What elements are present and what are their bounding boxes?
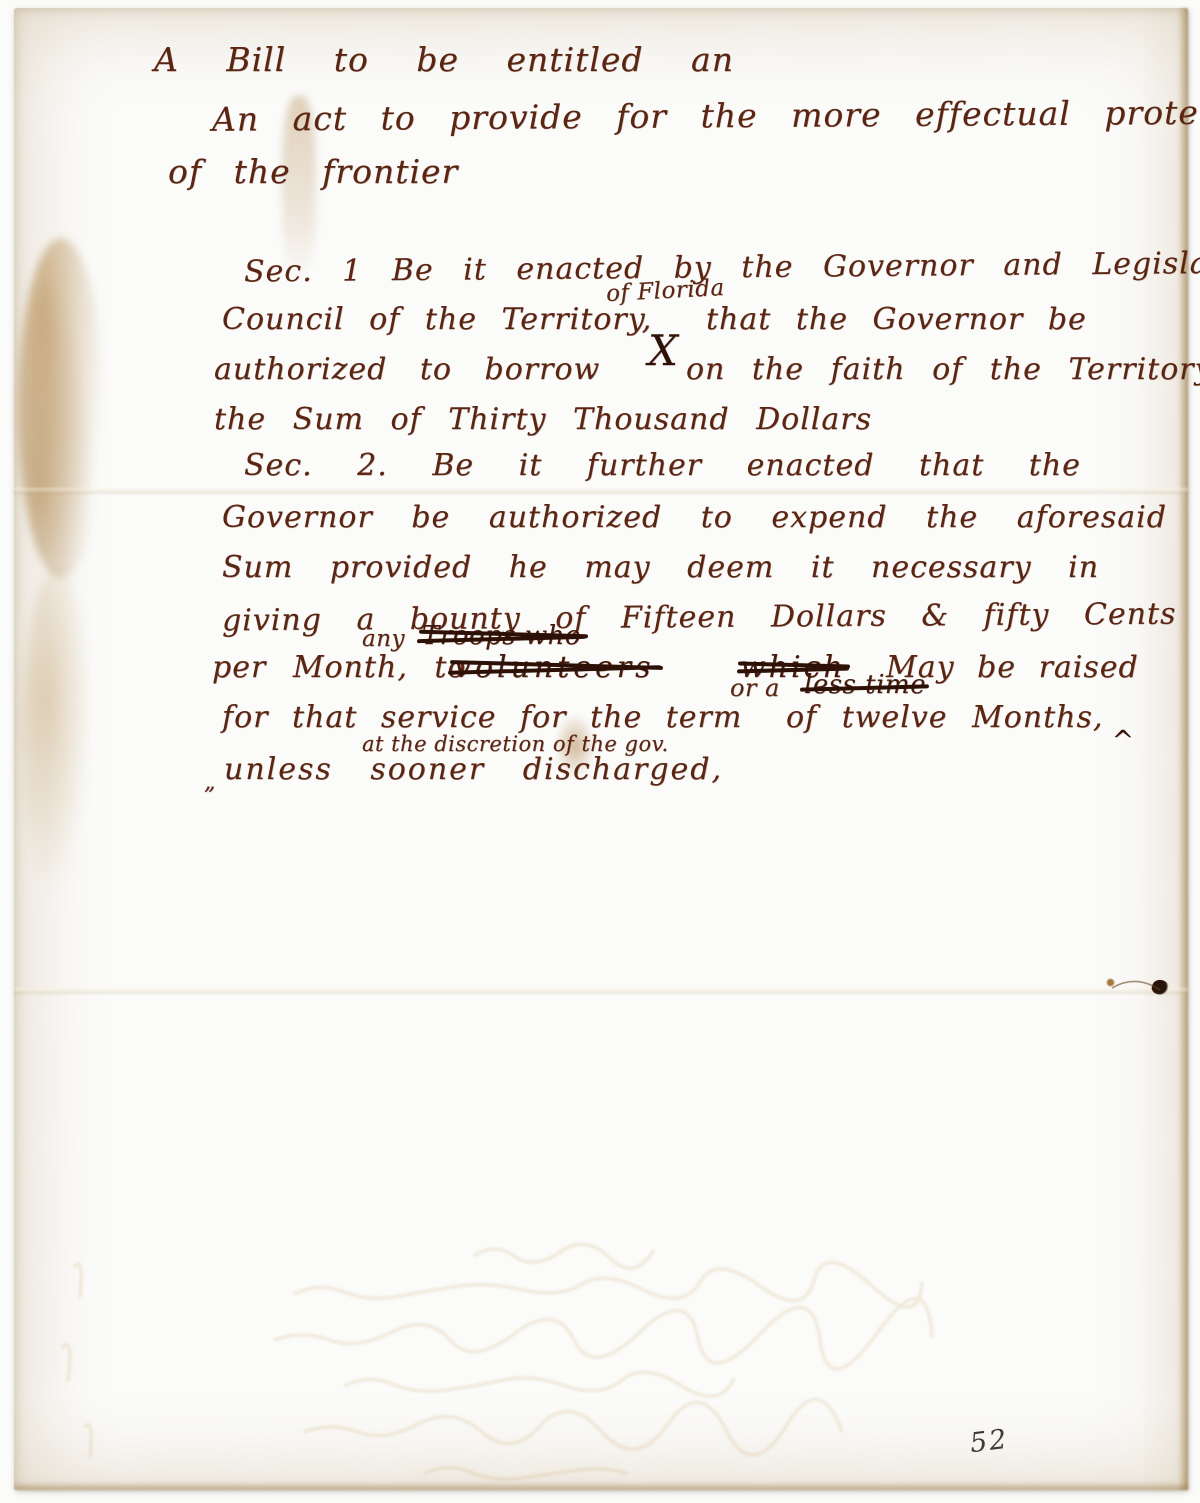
- sec2-line-3: Sum provided he may deem it necessary in: [222, 550, 1099, 585]
- sec2-line-6-pre: for that service for the term: [222, 700, 742, 735]
- sec2-line-2: Governor be authorized to expend the afo…: [222, 500, 1167, 535]
- sec2-insertion-any: any: [362, 626, 405, 652]
- paper-stain: [22, 568, 92, 898]
- title-line-3: of the frontier: [168, 152, 458, 191]
- title-line-2: An act to provide for the more effectual…: [212, 92, 1200, 139]
- sec1-line-3-pre: authorized to borrow: [214, 352, 600, 387]
- sec2-insertion-less-time-struck: less time: [804, 670, 926, 700]
- sec1-line-3-post: on the faith of the Territory: [686, 352, 1200, 387]
- sec2-margin-mark: „: [204, 770, 216, 795]
- fold-crease: [14, 488, 1188, 494]
- sec2-line-6-post: of twelve Months,: [786, 700, 1103, 735]
- paper-stain: [18, 238, 104, 578]
- sec1-caret-mark: X: [648, 326, 679, 375]
- sec2-line-5-pre: per Month, to: [212, 650, 467, 685]
- sec2-insertion-troops-struck: Troops who: [422, 621, 581, 651]
- sec2-line-1: Sec. 2. Be it further enacted that the: [244, 448, 1081, 483]
- page-number: 52: [968, 1424, 1010, 1459]
- sec2-line-7: unless sooner discharged,: [224, 752, 723, 787]
- sec1-line-2-pre: Council of the Territory,: [222, 302, 652, 337]
- sec1-line-4: the Sum of Thirty Thousand Dollars: [214, 402, 872, 437]
- ink-blot-tail: [1108, 970, 1168, 996]
- sec2-caret-mark: ^: [1112, 726, 1135, 756]
- sec2-insertion-or-a: or a: [730, 674, 780, 702]
- paper-edge-shadow: [1178, 8, 1188, 1490]
- fold-crease: [14, 988, 1188, 994]
- scanned-manuscript: A Bill to be entitled an An act to provi…: [0, 0, 1200, 1503]
- sec1-line-2-post: that the Governor be: [706, 302, 1087, 337]
- ink-bleedthrough: [44, 1228, 1174, 1498]
- sec2-struck-volunteers: volunteers: [454, 650, 655, 685]
- title-line-1: A Bill to be entitled an: [154, 40, 734, 79]
- manuscript-page: A Bill to be entitled an An act to provi…: [14, 8, 1188, 1490]
